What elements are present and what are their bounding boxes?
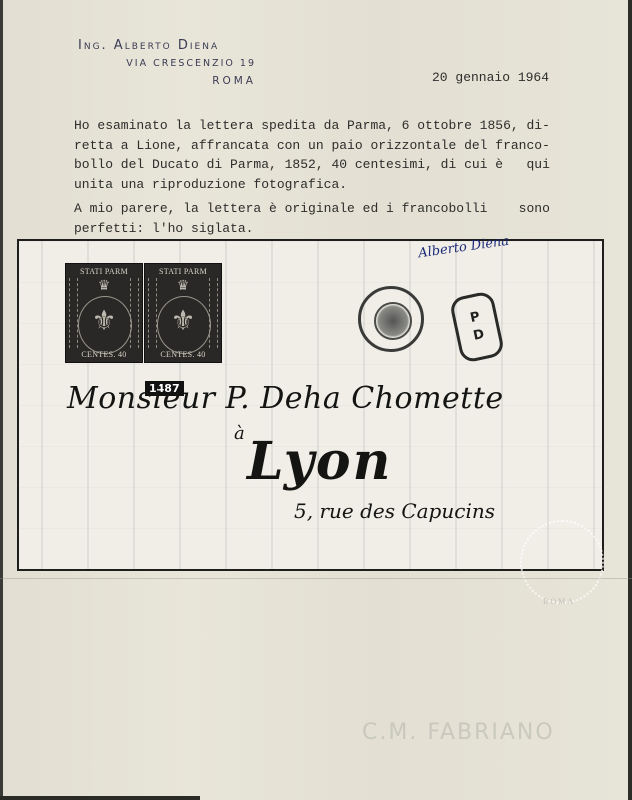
pd-letter-d: D (472, 326, 486, 346)
certificate-sheet: Ing. Alberto Diena VIA CRESCENZIO 19 ROM… (0, 0, 632, 800)
stamp-value-text: CENTES. 40 (66, 350, 142, 359)
stamp-right: STATI PARM ♛ ⚜ CENTES. 40 (144, 263, 222, 363)
certificate-paragraph-1: Ho esaminato la lettera spedita da Parma… (74, 116, 564, 194)
paper-edge-left (0, 0, 3, 800)
postmark-center (374, 302, 412, 340)
stamp-left: STATI PARM ♛ ⚜ CENTES. 40 (65, 263, 143, 363)
letterhead-street: VIA CRESCENZIO 19 (78, 58, 256, 69)
embossed-seal (520, 520, 604, 604)
crown-icon: ♛ (66, 278, 142, 294)
stamp-value-text: CENTES. 40 (145, 350, 221, 359)
address-prefix: à (234, 423, 245, 444)
address-city: Lyon (247, 431, 392, 492)
crown-icon: ♛ (145, 278, 221, 294)
letterhead-city: ROMA (78, 75, 256, 87)
cover-photograph: STATI PARM ♛ ⚜ CENTES. 40 STATI PARM ♛ ⚜… (17, 239, 604, 571)
address-recipient: Monsieur P. Deha Chomette (67, 381, 504, 416)
fleur-de-lis-icon: ⚜ (145, 304, 221, 337)
paper-edge-right (628, 0, 632, 800)
stamp-top-text: STATI PARM (66, 267, 142, 276)
letterhead: Ing. Alberto Diena VIA CRESCENZIO 19 ROM… (78, 38, 256, 87)
stamp-top-text: STATI PARM (145, 267, 221, 276)
paper-edge-bottom (0, 796, 200, 800)
embossed-seal-text: ROMA (543, 597, 575, 606)
paper-watermark: C.M. FABRIANO (362, 720, 555, 745)
certificate-date: 20 gennaio 1964 (432, 70, 549, 85)
paper-fold-line (0, 578, 632, 579)
letterhead-name: Ing. Alberto Diena (78, 38, 256, 53)
address-street: 5, rue des Capucins (294, 499, 495, 523)
pd-letter-p: P (469, 308, 482, 328)
circular-postmark (358, 286, 424, 352)
certificate-paragraph-2: A mio parere, la lettera è originale ed … (74, 199, 564, 238)
fleur-de-lis-icon: ⚜ (66, 304, 142, 337)
